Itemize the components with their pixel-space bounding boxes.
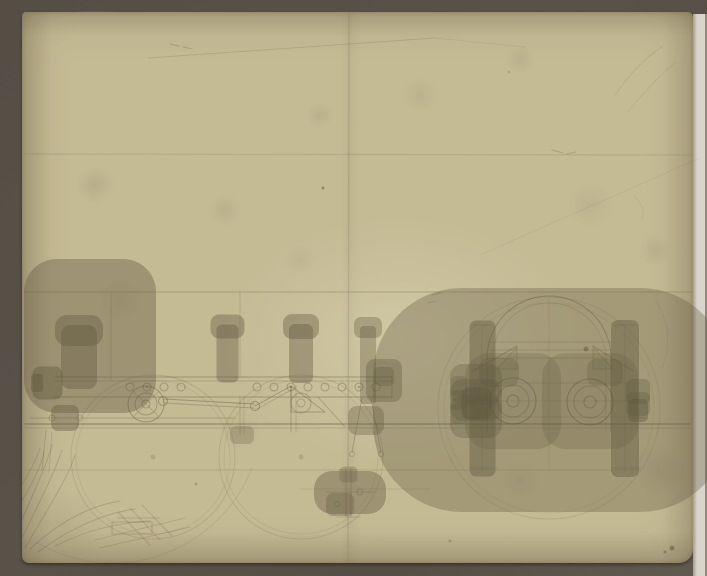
drawing-sheet [22, 12, 693, 563]
mount-edge-strip [693, 14, 705, 576]
archival-photograph [0, 0, 707, 576]
